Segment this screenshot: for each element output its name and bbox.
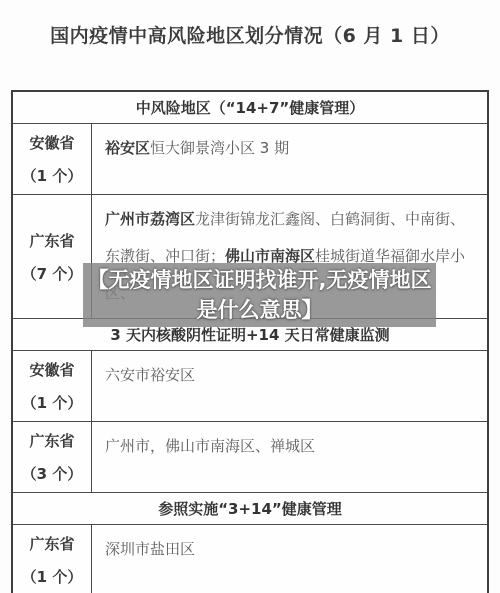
table-row: 安徽省（1 个）六安市裕安区: [13, 351, 487, 422]
province-cell: 安徽省（1 个）: [13, 124, 92, 194]
area-text: 恒大御景湾小区 3 期: [150, 139, 289, 157]
area-text-bold: 裕安区: [105, 139, 150, 157]
province-cell: 广东省（3 个）: [13, 422, 92, 492]
areas-cell: 六安市裕安区: [92, 351, 487, 421]
table-row: 广东省（3 个）广州市，佛山市南海区、禅城区: [13, 422, 487, 493]
area-text: 广州市，佛山市南海区、禅城区: [105, 437, 315, 455]
province-cell: 广东省（1 个）: [13, 525, 92, 593]
table-row: 安徽省（1 个）裕安区恒大御景湾小区 3 期: [13, 124, 487, 195]
section-header-row: 参照实施“3+14”健康管理: [13, 493, 487, 525]
province-name: 安徽省: [29, 359, 74, 380]
province-count: （1 个）: [22, 165, 83, 186]
province-count: （7 个）: [22, 263, 83, 284]
section-header-row: 中风险地区（“14+7”健康管理）: [13, 92, 487, 124]
province-count: （1 个）: [22, 392, 83, 413]
province-name: 广东省: [29, 230, 74, 251]
province-count: （1 个）: [22, 566, 83, 587]
table-row: 广东省（1 个）深圳市盐田区: [13, 525, 487, 593]
area-text-bold: 广州市荔湾区: [105, 210, 195, 228]
areas-cell: 广州市，佛山市南海区、禅城区: [92, 422, 487, 492]
areas-cell: 裕安区恒大御景湾小区 3 期: [92, 124, 487, 194]
section-header-label: 参照实施“3+14”健康管理: [158, 498, 342, 519]
areas-cell: 深圳市盐田区: [92, 525, 487, 593]
caption-line-2: 是什么意思】: [197, 295, 323, 325]
section-header-label: 中风险地区（“14+7”健康管理）: [136, 97, 365, 118]
caption-overlay: 【无疫情地区证明找谁开,无疫情地区 是什么意思】: [83, 263, 436, 327]
province-name: 广东省: [29, 533, 74, 554]
area-text: 深圳市盐田区: [105, 540, 195, 558]
risk-table: 中风险地区（“14+7”健康管理）安徽省（1 个）裕安区恒大御景湾小区 3 期广…: [11, 90, 489, 593]
province-cell: 广东省（7 个）: [13, 195, 92, 318]
province-count: （3 个）: [22, 463, 83, 484]
province-name: 广东省: [29, 430, 74, 451]
area-text: 六安市裕安区: [105, 366, 195, 384]
province-cell: 安徽省（1 个）: [13, 351, 92, 421]
province-name: 安徽省: [29, 132, 74, 153]
caption-line-1: 【无疫情地区证明找谁开,无疫情地区: [88, 265, 432, 295]
section-header-label: 3 天内核酸阴性证明+14 天日常健康监测: [110, 324, 389, 345]
page-title: 国内疫情中高风险地区划分情况（6 月 1 日）: [0, 21, 500, 48]
